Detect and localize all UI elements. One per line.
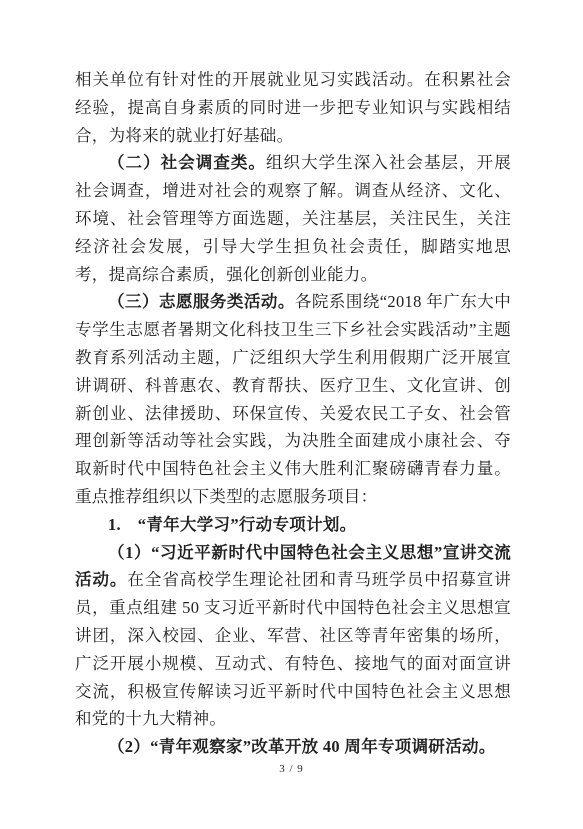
page-number: 3 / 9 (0, 763, 583, 775)
text-run: 各院系围绕“2018 年广东大中专学生志愿者暑期文化科技卫生三下乡社会实践活动”… (75, 292, 511, 506)
bold-text-run: （三）志愿服务类活动。 (108, 292, 295, 311)
bold-text-run: （二）社会调查类。 (108, 153, 266, 172)
paragraph: （1）“习近平新时代中国特色社会主义思想”宣讲交流活动。在全省高校学生理论社团和… (75, 539, 511, 734)
text-run: 在全省高校学生理论社团和青马班学员中招募宣讲员，重点组建 50 支习近平新时代中… (75, 570, 511, 728)
text-run: 相关单位有针对性的开展就业见习实践活动。在积累社会经验，提高自身素质的同时进一步… (75, 70, 511, 145)
paragraph: （三）志愿服务类活动。各院系围绕“2018 年广东大中专学生志愿者暑期文化科技卫… (75, 288, 511, 510)
bold-text-run: 1. “青年大学习”行动专项计划。 (108, 515, 356, 534)
paragraph: （二）社会调查类。组织大学生深入社会基层，开展社会调查，增进对社会的观察了解。调… (75, 149, 511, 288)
document-page: 相关单位有针对性的开展就业见习实践活动。在积累社会经验，提高自身素质的同时进一步… (0, 0, 583, 829)
paragraph: 1. “青年大学习”行动专项计划。 (75, 511, 511, 539)
bold-text-run: （2）“青年观察家”改革开放 40 周年专项调研活动。 (108, 737, 496, 756)
paragraph: 相关单位有针对性的开展就业见习实践活动。在积累社会经验，提高自身素质的同时进一步… (75, 66, 511, 149)
document-body: 相关单位有针对性的开展就业见习实践活动。在积累社会经验，提高自身素质的同时进一步… (75, 66, 511, 761)
text-run: 组织大学生深入社会基层，开展社会调查，增进对社会的观察了解。调查从经济、文化、环… (75, 153, 511, 283)
paragraph: （2）“青年观察家”改革开放 40 周年专项调研活动。 (75, 733, 511, 761)
